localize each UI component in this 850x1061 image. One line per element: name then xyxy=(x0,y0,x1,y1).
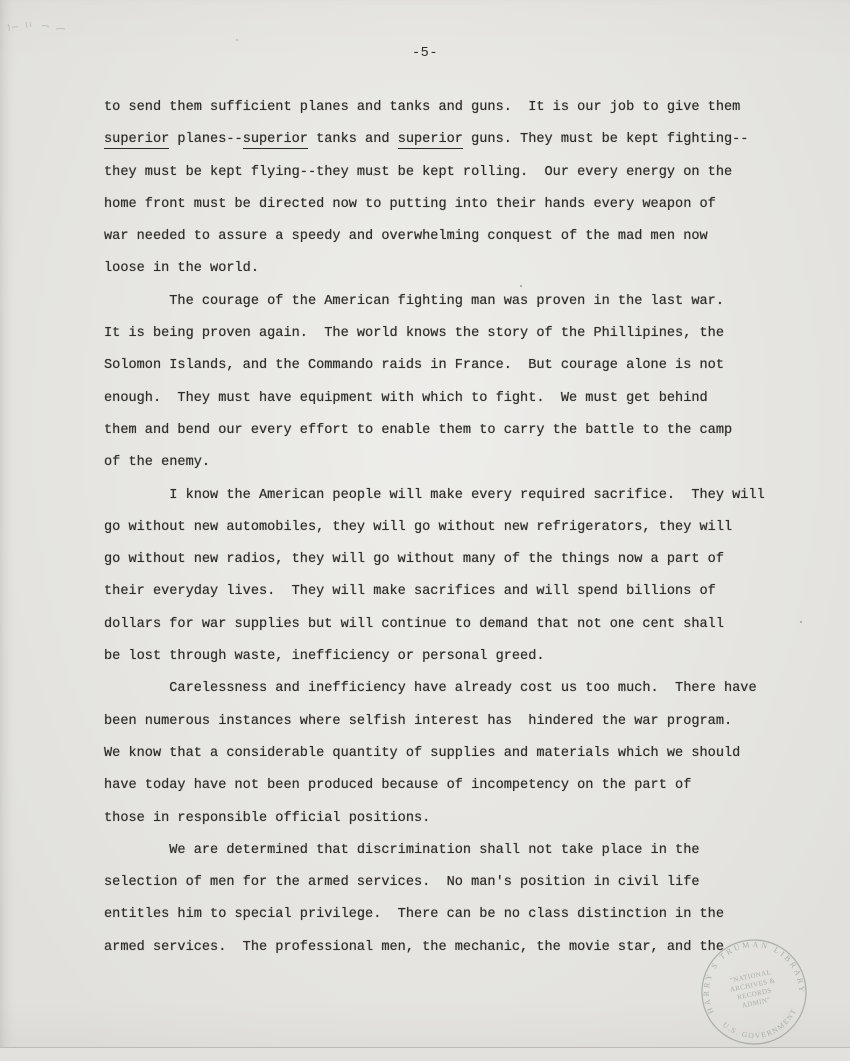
text-line: loose in the world. xyxy=(104,253,814,285)
text-line: We know that a considerable quantity of … xyxy=(104,738,814,770)
paper-speck xyxy=(373,174,375,176)
paper-bottom-edge xyxy=(0,1047,850,1061)
text-line: superior planes--superior tanks and supe… xyxy=(104,124,814,156)
text-line: their everyday lives. They will make sac… xyxy=(104,576,814,608)
document-body: to send them sufficient planes and tanks… xyxy=(104,92,814,964)
paper-speck xyxy=(800,621,802,623)
text-line: go without new radios, they will go with… xyxy=(104,544,814,576)
text-line: been numerous instances where selfish in… xyxy=(104,706,814,738)
text-line: I know the American people will make eve… xyxy=(104,480,814,512)
stamp-arc-bottom-text: U.S. GOVERNMENT xyxy=(720,1005,803,1047)
text-line: home front must be directed now to putti… xyxy=(104,189,814,221)
text-line: enough. They must have equipment with wh… xyxy=(104,383,814,415)
text-line: be lost through waste, inefficiency or p… xyxy=(104,641,814,673)
text-line: they must be kept flying--they must be k… xyxy=(104,157,814,189)
text-line: It is being proven again. The world know… xyxy=(104,318,814,350)
text-line: war needed to assure a speedy and overwh… xyxy=(104,221,814,253)
text-line: those in responsible official positions. xyxy=(104,803,814,835)
text-line: them and bend our every effort to enable… xyxy=(104,415,814,447)
paper-speck xyxy=(520,285,522,287)
text-line: go without new automobiles, they will go… xyxy=(104,512,814,544)
archives-stamp-icon: HARRY S TRUMAN LIBRARY U.S. GOVERNMENT "… xyxy=(692,930,816,1054)
text-line: We are determined that discrimination sh… xyxy=(104,835,814,867)
text-line: of the enemy. xyxy=(104,447,814,479)
text-line: Solomon Islands, and the Commando raids … xyxy=(104,350,814,382)
paper-speck xyxy=(236,39,238,41)
page-number: -5- xyxy=(0,46,850,61)
text-line: Carelessness and inefficiency have alrea… xyxy=(104,673,814,705)
text-line: entitles him to special privilege. There… xyxy=(104,899,814,931)
document-page: -5- to send them sufficient planes and t… xyxy=(0,0,850,1061)
underlined-text: superior xyxy=(104,132,169,149)
text-line: have today have not been produced becaus… xyxy=(104,770,814,802)
text-line: dollars for war supplies but will contin… xyxy=(104,609,814,641)
text-line: to send them sufficient planes and tanks… xyxy=(104,92,814,124)
underlined-text: superior xyxy=(398,132,463,149)
pencil-marks xyxy=(4,12,84,38)
underlined-text: superior xyxy=(243,132,308,149)
text-line: selection of men for the armed services.… xyxy=(104,867,814,899)
text-line: The courage of the American fighting man… xyxy=(104,286,814,318)
